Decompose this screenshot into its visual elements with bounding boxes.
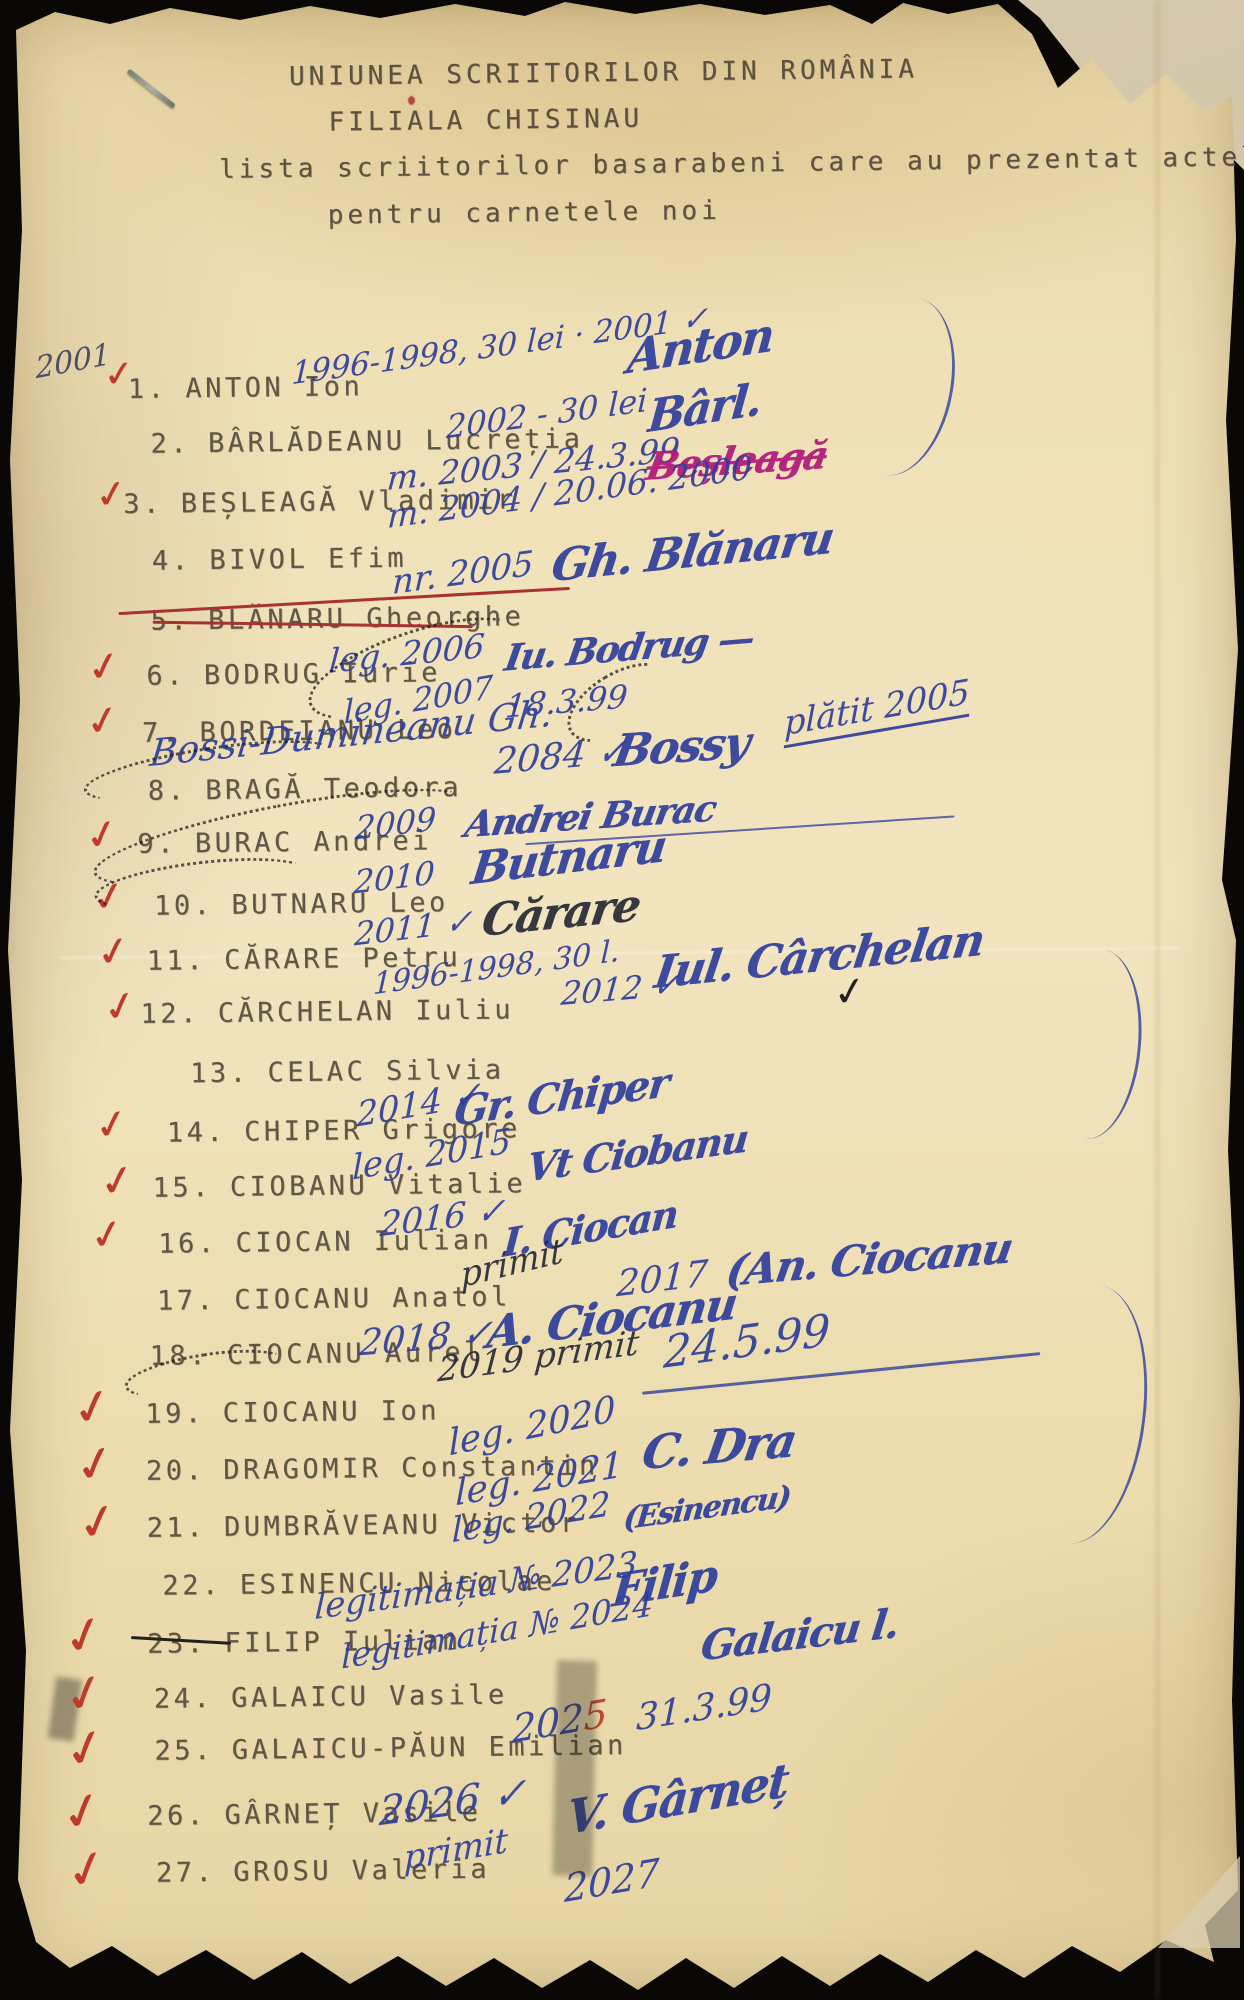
signature: Iul. Cârchelan (651, 914, 987, 999)
entry-number: 15. (152, 1172, 212, 1204)
list-entry: 19.CIOCANU Ion (145, 1395, 440, 1430)
entry-number: 26. (147, 1800, 207, 1832)
signature-flourish (1039, 945, 1149, 1143)
entry-name: CIOCANU Ion (222, 1395, 440, 1429)
entry-number: 1. (128, 374, 168, 405)
list-entry: 4.BIVOL Efim (152, 543, 407, 577)
signature: Vt Ciobanu (525, 1115, 750, 1191)
handwritten-note: plătit 2005 (784, 672, 970, 748)
red-check-icon: ✓ (99, 981, 142, 1033)
list-entry: 17.CIOCANU Anatol (157, 1281, 511, 1316)
entry-number: 14. (167, 1117, 227, 1149)
red-check-icon: ✓ (72, 1491, 124, 1554)
red-check-icon: ✓ (95, 1153, 139, 1208)
entry-number: 4. (152, 545, 192, 576)
entry-number: 2. (150, 428, 190, 459)
handwritten-note: 31.3.99 (636, 1677, 773, 1739)
document-caption2: pentru carnetele noi (328, 196, 721, 231)
red-check-icon: ✓ (56, 1602, 111, 1669)
entry-number: 13. (190, 1058, 250, 1090)
entry-number: 3. (123, 489, 163, 520)
signature: (An. Ciocanu (723, 1223, 1016, 1296)
signature: C. Dra (638, 1413, 799, 1480)
list-entry: 12.CĂRCHELAN Iuliu (140, 994, 514, 1030)
entry-number: 20. (146, 1455, 206, 1487)
document-content: UNIUNEA SCRIITORILOR DIN ROMÂNIA FILIALA… (0, 0, 1244, 2000)
red-check-icon: ✓ (57, 1660, 112, 1727)
red-check-icon: ✓ (69, 1433, 121, 1496)
entry-number: 25. (154, 1735, 214, 1767)
entry-number: 21. (147, 1512, 207, 1544)
red-check-icon: ✓ (67, 1376, 119, 1439)
signature-flourish (833, 288, 969, 485)
entry-number: 22. (162, 1570, 222, 1602)
entry-number: 23. (147, 1628, 207, 1660)
signature: (Esinencu) (622, 1479, 792, 1537)
entry-name: CĂRCHELAN Iuliu (218, 994, 515, 1029)
entry-name: BIVOL Efim (209, 543, 407, 576)
red-check-icon: ✓ (93, 927, 134, 978)
stamp-smudge (552, 1660, 597, 1876)
entry-number: 16. (158, 1228, 218, 1260)
red-check-icon: ✓ (83, 642, 124, 693)
entry-number: 19. (145, 1398, 205, 1430)
document-title: UNIUNEA SCRIITORILOR DIN ROMÂNIA (289, 54, 918, 92)
entry-number: 17. (157, 1285, 217, 1317)
entry-number: 12. (140, 998, 200, 1030)
red-check-icon: ✓ (55, 1778, 110, 1845)
red-check-icon: ✓ (58, 1715, 113, 1782)
signature: Galaicu l. (698, 1599, 901, 1670)
red-check-icon: ✓ (59, 1836, 114, 1903)
entry-number: 11. (147, 945, 207, 977)
signature: V. Gârneț (565, 1752, 789, 1845)
document-caption: lista scriitorilor basarabeni care au pr… (219, 142, 1244, 185)
red-check-icon: ✓ (91, 1100, 132, 1151)
entry-name: GALAICU Vasile (231, 1679, 508, 1713)
entry-number: 27. (156, 1857, 216, 1889)
entry-number: 6. (146, 660, 186, 691)
margin-note: 2001 (35, 337, 112, 386)
scanned-document-page: UNIUNEA SCRIITORILOR DIN ROMÂNIA FILIALA… (0, 0, 1244, 2000)
entry-number: 24. (154, 1683, 214, 1715)
signature: Gh. Blănaru (548, 512, 836, 592)
signature-flourish (1006, 1278, 1161, 1552)
red-check-icon: ✓ (82, 696, 123, 747)
list-entry: 24.GALAICU Vasile (154, 1679, 508, 1714)
red-check-icon: ✓ (86, 1210, 127, 1261)
document-subtitle: FILIALA CHISINAU (328, 104, 643, 138)
